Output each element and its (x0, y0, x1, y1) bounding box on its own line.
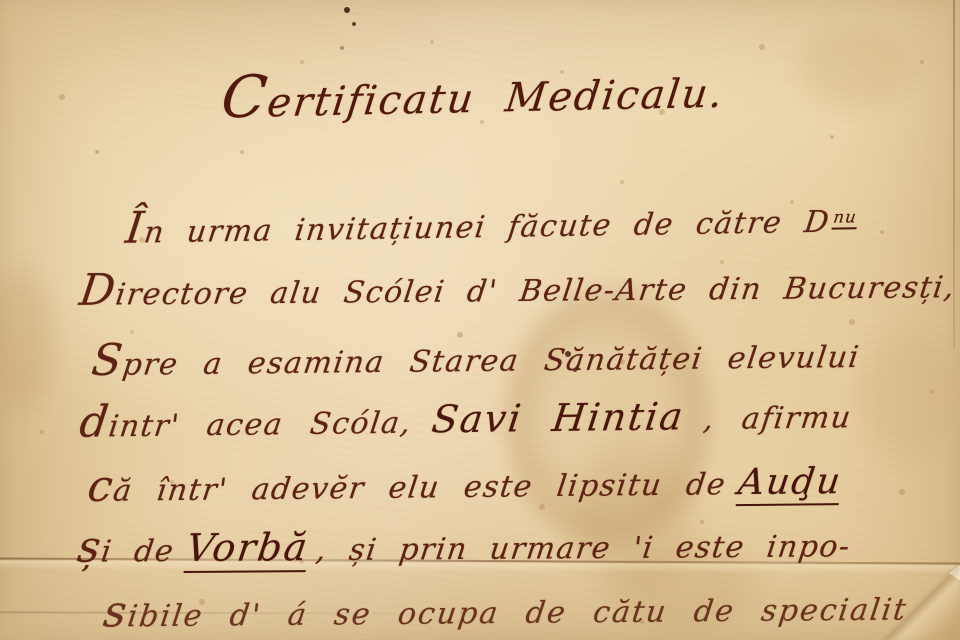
body-line-2: Directore alu Scólei d' Belle-Arte din B… (77, 258, 959, 316)
ink-specks (0, 0, 4, 4)
paper-edge (953, 0, 955, 348)
body-line-1: În urma invitațiunei făcute de către Dnu (123, 192, 861, 254)
underlined-word-audu: Auḑu (735, 461, 844, 506)
water-stain (560, 430, 710, 600)
fold-crease-highlight (0, 560, 960, 574)
water-stain (852, 320, 960, 470)
line1-superscript-abbreviation: nu (831, 207, 859, 229)
body-line-6: și deVorbă, și prin urmare 'i este inpo- (75, 517, 855, 572)
body-line-5: că într' adevĕr elu este lipsitu deAuḑu (85, 454, 846, 512)
water-stain (600, 535, 770, 640)
underlined-word-vorba: Vorbă (183, 525, 311, 573)
body-line-3: Spre a esamina Starea Sănătăței elevului (89, 328, 864, 386)
paper-tear (949, 565, 960, 580)
water-stain (498, 280, 718, 555)
line6-text-end: , și prin urmare 'i este inpo- (314, 529, 853, 568)
line1-text: În urma invitațiunei făcute de către D (123, 205, 832, 251)
line6-text-start: și de (75, 534, 177, 570)
paper-corner-wrinkle (880, 565, 960, 640)
student-name: Savi Hintia (429, 394, 687, 441)
water-stain (790, 20, 920, 115)
line4-text-start: dintr' acea Scóla, (77, 406, 414, 445)
body-line-7: sibile d' á se ocupa de cătu de speciali… (101, 580, 912, 637)
certificate-page: Certificatu Medicalu. În urma invitațiun… (0, 0, 960, 640)
foxing-specks (0, 0, 4, 4)
water-stain (0, 255, 61, 425)
fold-crease (0, 557, 960, 564)
document-title: Certificatu Medicalu. (218, 53, 729, 132)
body-line-4: dintr' acea Scóla,Savi Hintia, afirmu (77, 388, 856, 448)
line5-text-start: că într' adevĕr elu este lipsitu de (85, 467, 728, 509)
fold-crease (0, 611, 432, 614)
line4-text-end: , afirmu (702, 400, 854, 437)
